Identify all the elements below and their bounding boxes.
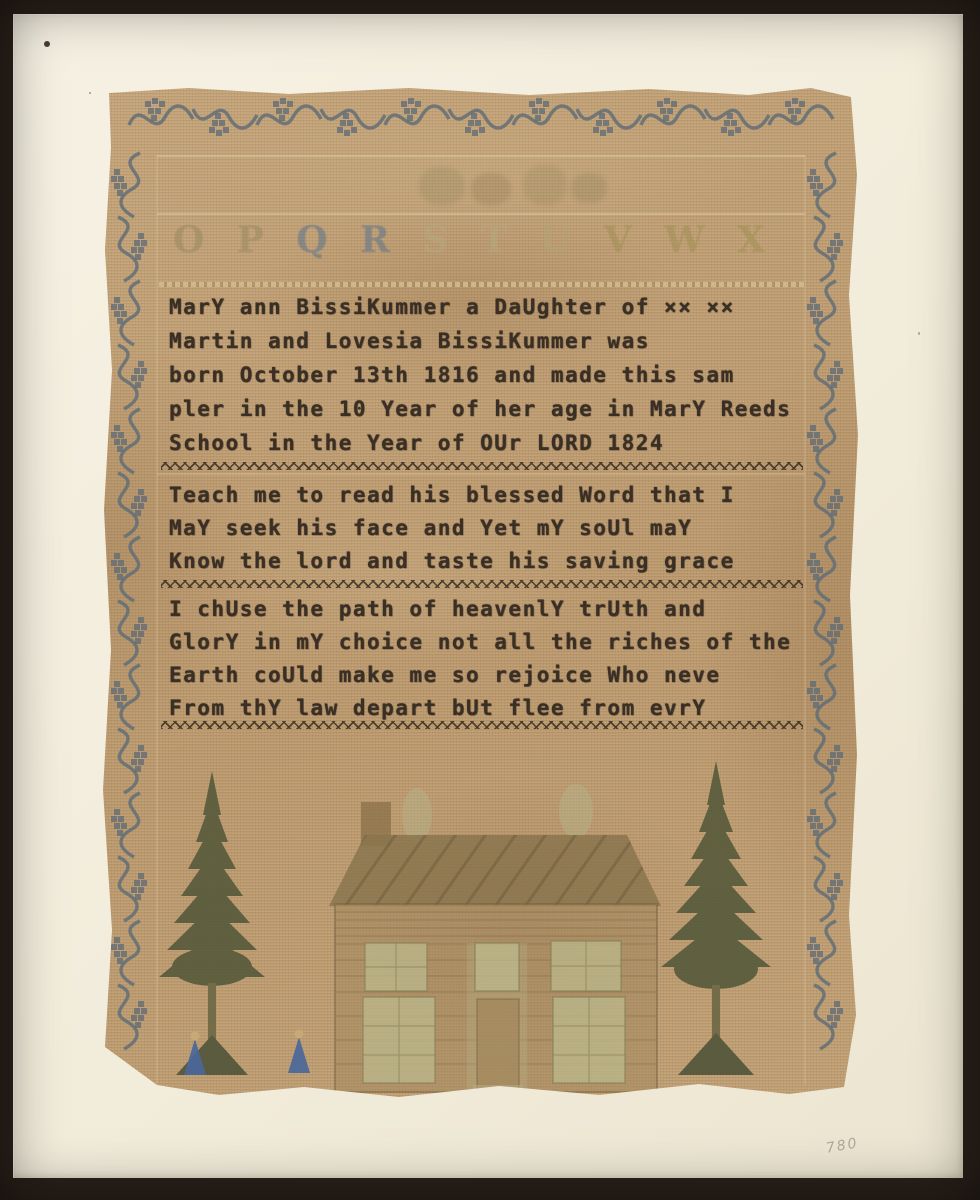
door: [477, 999, 519, 1089]
vine-motif: [814, 473, 843, 537]
tree-crown: [661, 761, 771, 967]
tree-base-mound: [678, 1033, 754, 1075]
embroidery-decoration: [99, 85, 862, 1105]
vine-motif: [769, 98, 833, 125]
vine-motif: [111, 665, 140, 729]
vine-border-right: [807, 153, 843, 1049]
vine-motif: [118, 985, 147, 1049]
vine-motif: [129, 98, 193, 125]
vine-motif: [807, 153, 836, 217]
pictorial-scene: [159, 761, 771, 1092]
vine-motif: [257, 98, 321, 125]
vine-motif: [807, 665, 836, 729]
vine-motif: [807, 793, 836, 857]
tree-trunk: [208, 983, 216, 1041]
vine-motif: [111, 409, 140, 473]
roof-finial: [402, 788, 432, 842]
vine-motif: [111, 793, 140, 857]
vine-motif: [513, 98, 577, 125]
vine-motif: [807, 921, 836, 985]
vine-motif: [111, 281, 140, 345]
door-transom: [475, 943, 519, 991]
vine-motif: [641, 98, 705, 125]
vine-motif: [814, 601, 843, 665]
vine-motif: [705, 109, 769, 136]
vine-motif: [118, 729, 147, 793]
photo-background: OPQRSTUVWX MarY ann BissiKummer a DaUght…: [0, 0, 980, 1200]
vine-motif: [118, 345, 147, 409]
vine-motif: [111, 153, 140, 217]
left-pine-tree: [159, 771, 265, 1075]
vine-motif: [118, 857, 147, 921]
vine-motif: [118, 217, 147, 281]
vine-motif: [807, 281, 836, 345]
roof-finial: [559, 784, 593, 838]
vine-motif: [118, 601, 147, 665]
vine-border-left: [111, 153, 147, 1049]
vine-motif: [814, 345, 843, 409]
right-pine-tree: [661, 761, 771, 1075]
vine-motif: [577, 109, 641, 136]
vine-motif: [814, 729, 843, 793]
sampler-fabric: OPQRSTUVWX MarY ann BissiKummer a DaUght…: [99, 85, 862, 1105]
vine-motif: [814, 217, 843, 281]
vine-motif: [814, 857, 843, 921]
vine-motif: [807, 409, 836, 473]
vine-motif: [449, 109, 513, 136]
tree-crown-base: [172, 948, 252, 986]
vine-motif: [111, 921, 140, 985]
vine-motif: [807, 537, 836, 601]
tree-crown-base: [674, 949, 758, 989]
mat-hole: [44, 41, 50, 47]
figure-in-blue: [288, 1030, 310, 1074]
vine-border-top: [129, 98, 833, 136]
vine-motif: [385, 98, 449, 125]
mat-speck: [918, 332, 920, 335]
vine-motif: [111, 537, 140, 601]
vine-motif: [193, 109, 257, 136]
mat-speck: [89, 92, 91, 94]
vine-motif: [321, 109, 385, 136]
vine-motif: [814, 985, 843, 1049]
tree-crown: [159, 771, 265, 977]
vine-motif: [118, 473, 147, 537]
house: [279, 784, 669, 1092]
